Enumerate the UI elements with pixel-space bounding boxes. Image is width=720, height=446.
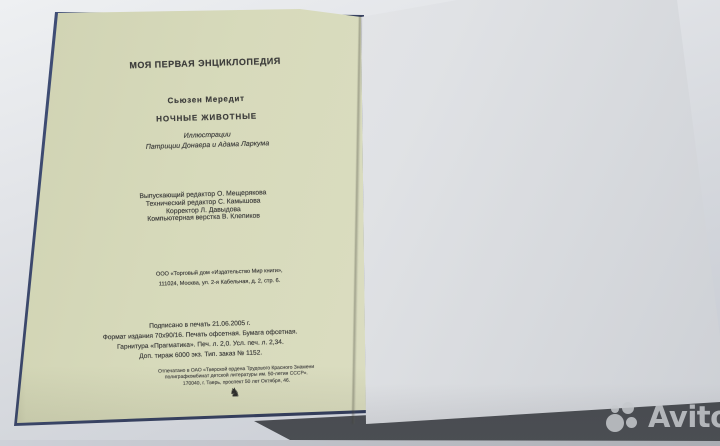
print-run-info: Подписано в печать 21.06.2005 г. Формат …: [45, 316, 356, 365]
table-edge-highlight: [0, 440, 720, 446]
book-title: НОЧНЫЕ ЖИВОТНЫЕ: [52, 108, 362, 126]
avito-watermark: Avito: [606, 401, 720, 437]
publisher-info: ООО «Торговый дом «Издательство Мир книг…: [64, 264, 374, 292]
colophon-text-block: МОЯ ПЕРВАЯ ЭНЦИКЛОПЕДИЯ Сьюзен Мередит Н…: [50, 45, 371, 414]
staff-credits: Выпускающий редактор О. Мещерякова Техни…: [48, 187, 359, 227]
photo-scene: МОЯ ПЕРВАЯ ЭНЦИКЛОПЕДИЯ Сьюзен Мередит Н…: [0, 0, 720, 446]
avito-logo-icon: [606, 401, 646, 437]
series-title: МОЯ ПЕРВАЯ ЭНЦИКЛОПЕДИЯ: [50, 53, 360, 72]
avito-wordmark: Avito: [648, 403, 720, 432]
illustration-credit: Иллюстрации Патриции Донаера и Адама Лар…: [52, 126, 362, 155]
author-name: Сьюзен Мередит: [51, 90, 361, 108]
